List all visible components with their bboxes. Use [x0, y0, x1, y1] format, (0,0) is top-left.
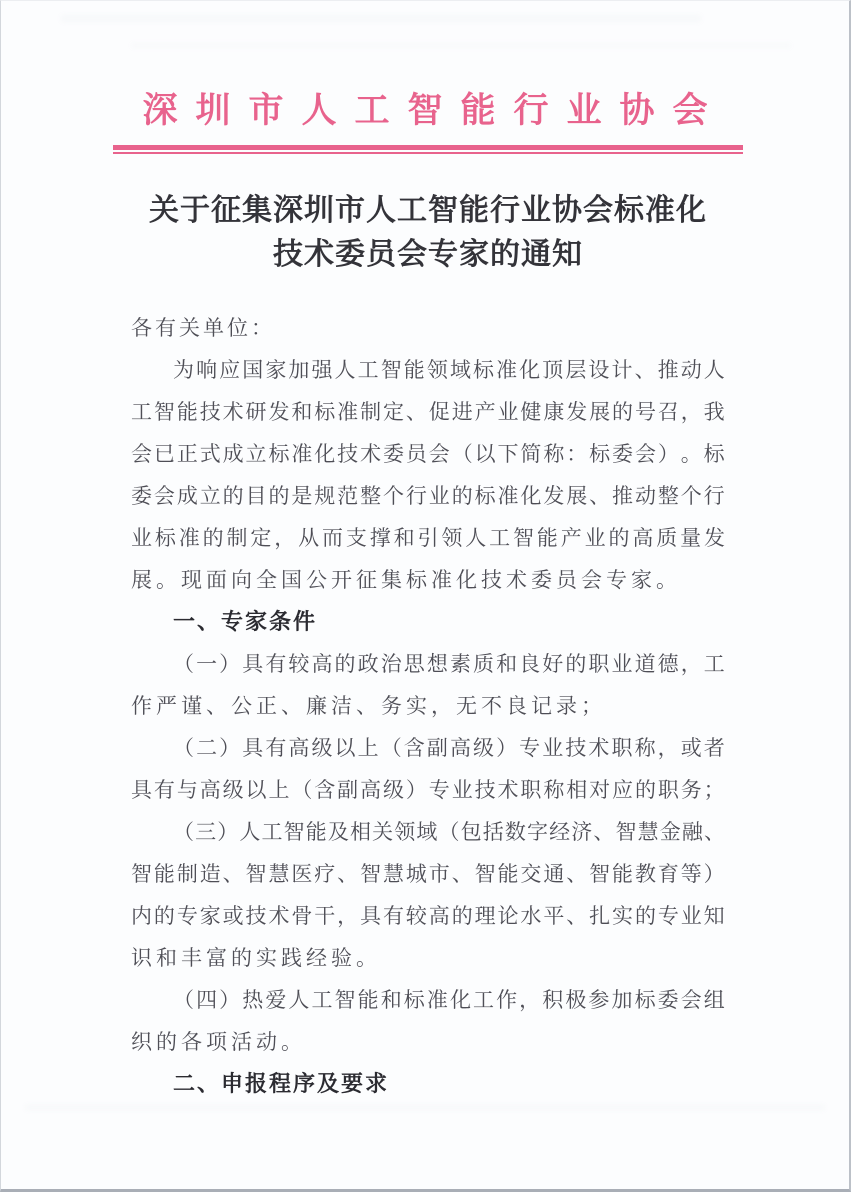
body-text-line: 为响应国家加强人工智能领域标准化顶层设计、推动人	[131, 349, 725, 391]
body-text-line: 识和丰富的实践经验。	[131, 937, 725, 979]
letterhead-org-name: 深圳市人工智能行业协会	[1, 91, 849, 131]
body-text-line: 具有与高级以上（含副高级）专业技术职称相对应的职务；	[131, 769, 725, 811]
document-title-line2: 技术委员会专家的通知	[131, 233, 725, 277]
document-body: 各有关单位： 为响应国家加强人工智能领域标准化顶层设计、推动人工智能技术研发和标…	[131, 307, 725, 1105]
body-text-line: （四）热爱人工智能和标准化工作，积极参加标委会组	[131, 979, 725, 1021]
body-text-line: （一）具有较高的政治思想素质和良好的职业道德，工	[131, 643, 725, 685]
scan-bleed-artifact	[25, 1105, 825, 1110]
body-text-line: 智能制造、智慧医疗、智慧城市、智能交通、智能教育等）	[131, 853, 725, 895]
document-title-line1: 关于征集深圳市人工智能行业协会标准化	[131, 189, 725, 233]
body-text-line: （三）人工智能及相关领域（包括数字经济、智慧金融、	[131, 811, 725, 853]
section-heading: 一、专家条件	[131, 601, 725, 643]
body-text-line: 内的专家或技术骨干，具有较高的理论水平、扎实的专业知	[131, 895, 725, 937]
letterhead-divider-rule	[113, 145, 743, 154]
body-text-line: 业标准的制定，从而支撑和引领人工智能产业的高质量发	[131, 517, 725, 559]
scanned-notice-page: 深圳市人工智能行业协会 关于征集深圳市人工智能行业协会标准化 技术委员会专家的通…	[0, 0, 851, 1192]
body-text-line: 工智能技术研发和标准制定、促进产业健康发展的号召，我	[131, 391, 725, 433]
body-text-line: 展。现面向全国公开征集标准化技术委员会专家。	[131, 559, 725, 601]
body-text-line: 委会成立的目的是规范整个行业的标准化发展、推动整个行	[131, 475, 725, 517]
body-text-line: 会已正式成立标准化技术委员会（以下简称：标委会）。标	[131, 433, 725, 475]
salutation: 各有关单位：	[131, 307, 725, 349]
body-lines: 为响应国家加强人工智能领域标准化顶层设计、推动人工智能技术研发和标准制定、促进产…	[131, 349, 725, 1105]
document-title: 关于征集深圳市人工智能行业协会标准化 技术委员会专家的通知	[131, 189, 725, 277]
body-text-line: （二）具有高级以上（含副高级）专业技术职称，或者	[131, 727, 725, 769]
body-text-line: 织的各项活动。	[131, 1021, 725, 1063]
scan-bleed-artifact	[131, 43, 791, 48]
body-text-line: 作严谨、公正、廉洁、务实，无不良记录；	[131, 685, 725, 727]
scan-bleed-artifact	[61, 15, 701, 22]
section-heading: 二、申报程序及要求	[131, 1063, 725, 1105]
